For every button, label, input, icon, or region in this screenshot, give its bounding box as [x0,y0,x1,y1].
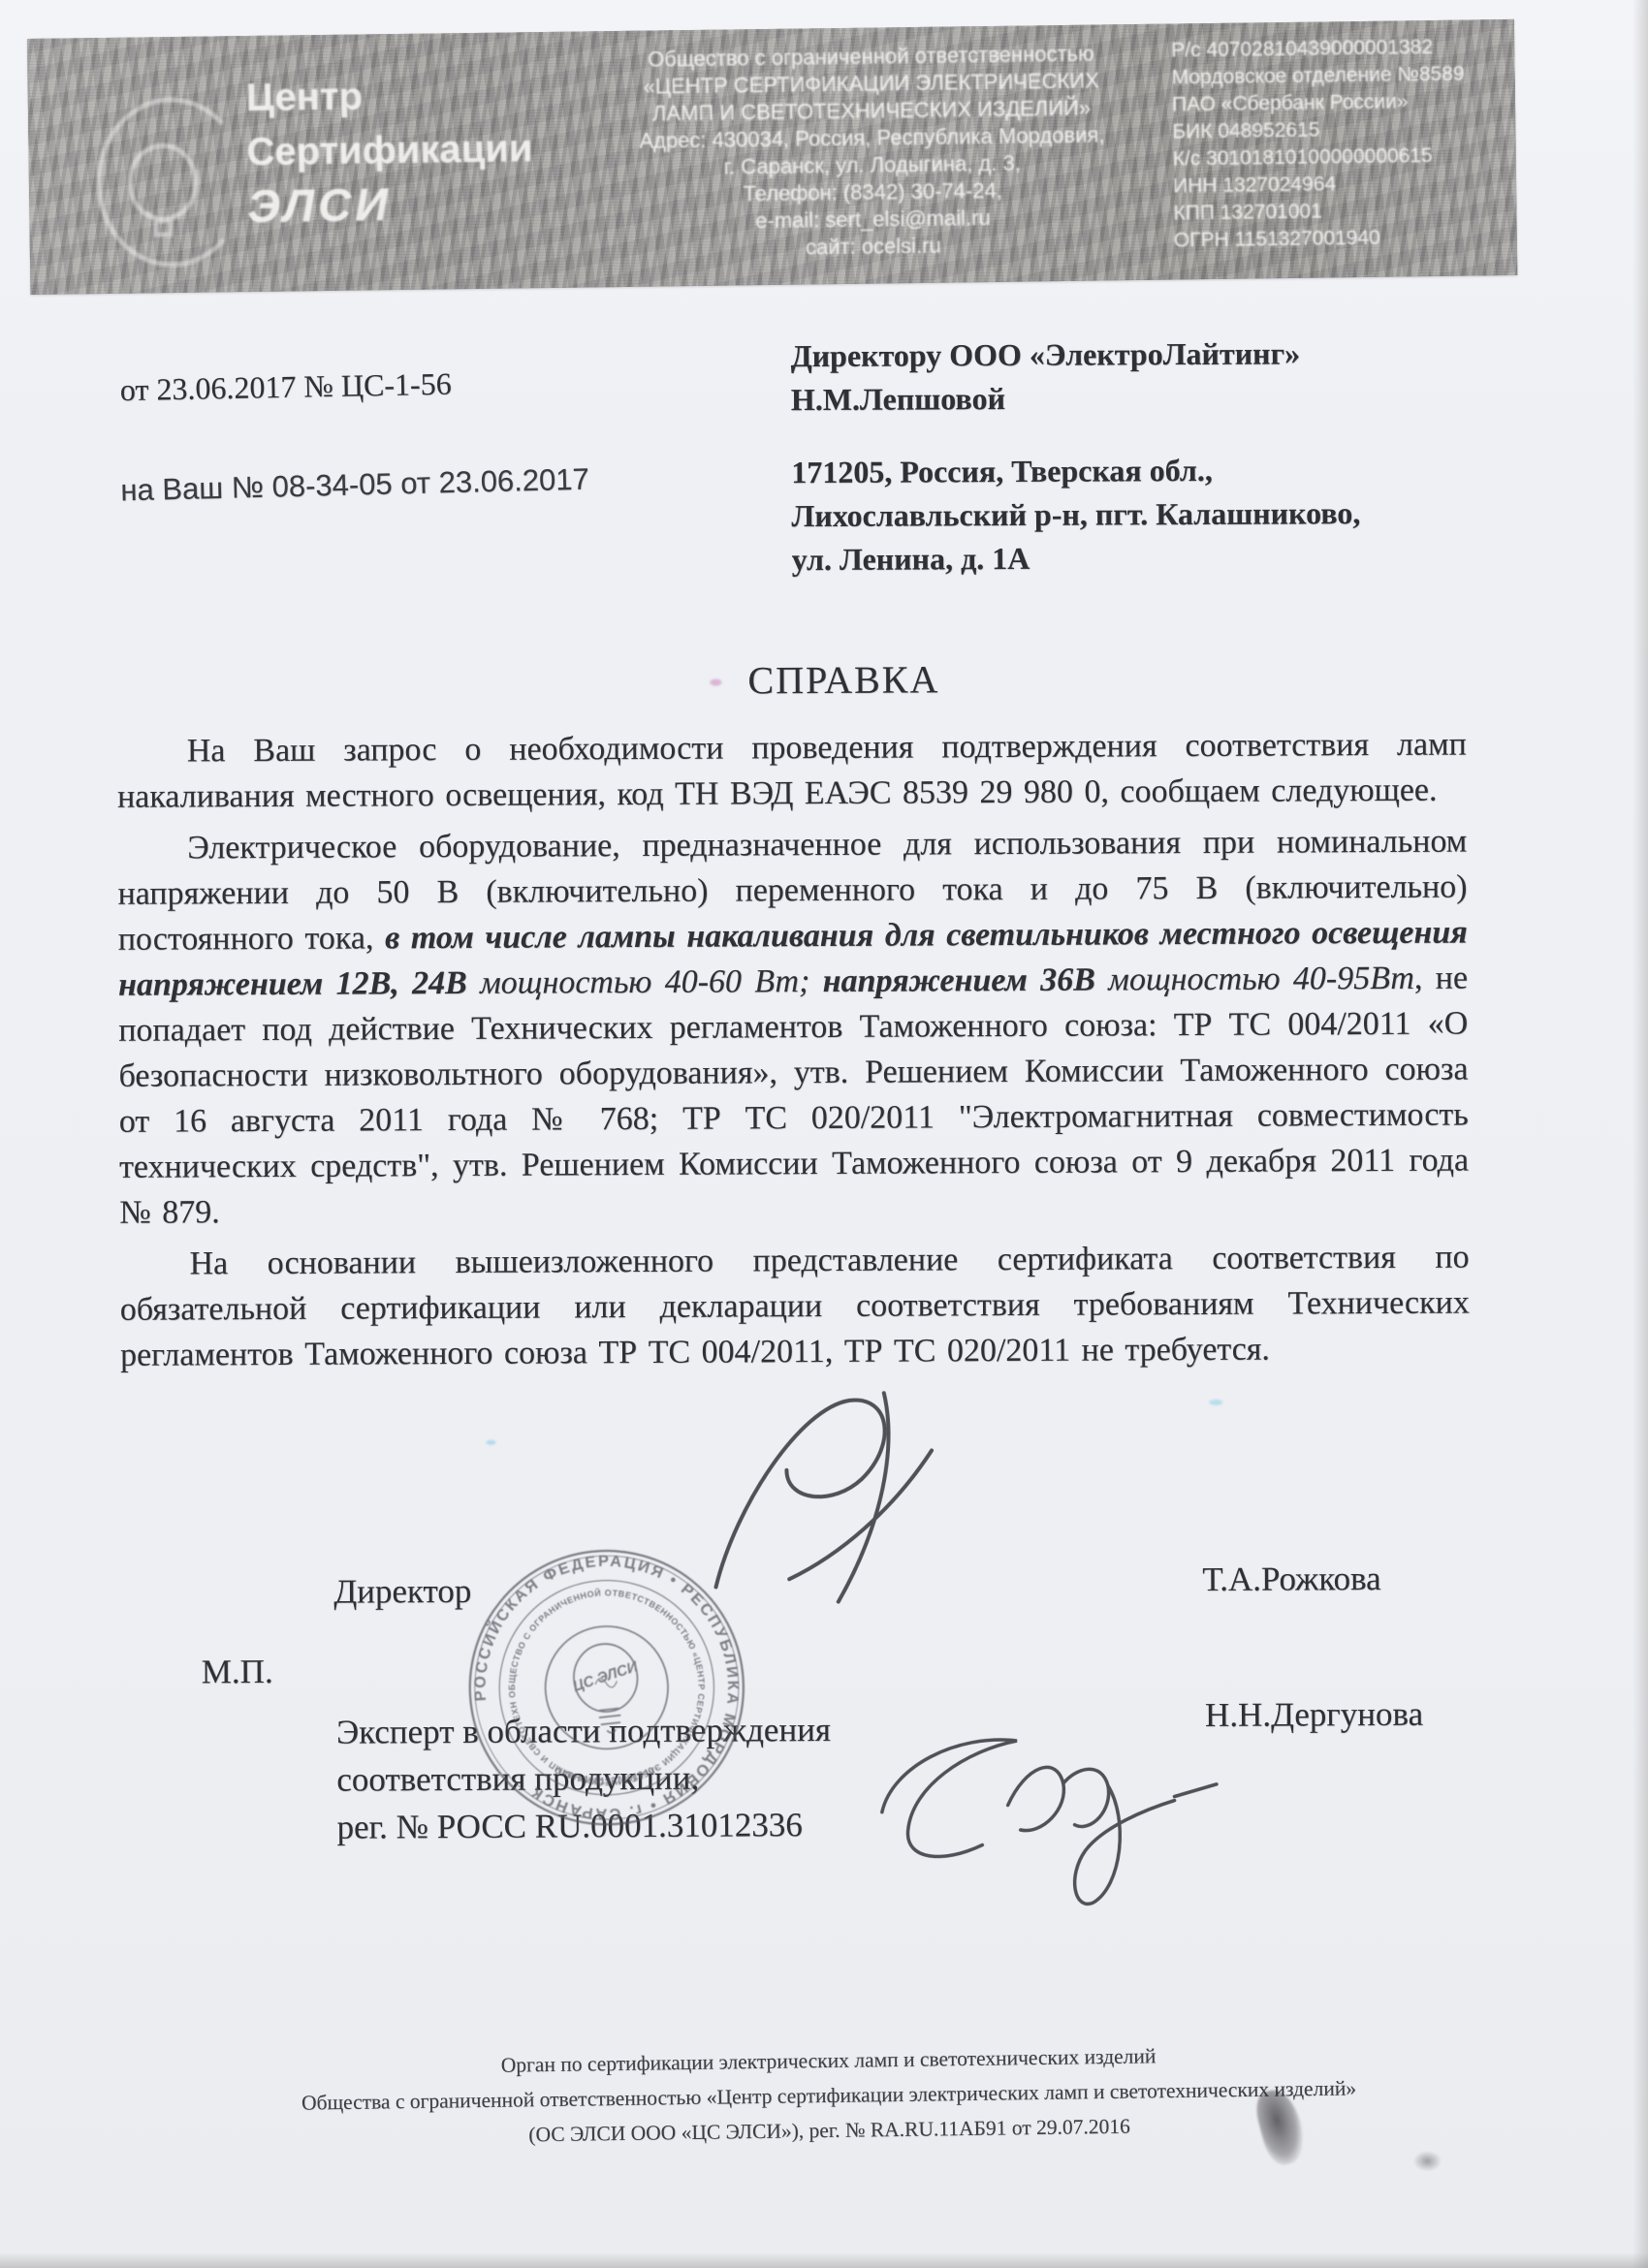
recipient-address-line: ул. Ленина, д. 1А [792,534,1490,582]
footer-block: Орган по сертификации электрических ламп… [4,2032,1648,2159]
paragraph-1: На Ваш запрос о необходимости проведения… [117,722,1467,820]
scanner-edge-shadow [1632,0,1648,2268]
expert-signature [850,1680,1247,1918]
scan-speck [486,1440,495,1445]
stamp-place-label: М.П. [202,1653,273,1691]
outgoing-reference: от 23.06.2017 № ЦС-1-56 [119,366,452,409]
paragraph-2-run-italic: мощностью 40-60 Вт; [467,963,823,1001]
letter-content: от 23.06.2017 № ЦС-1-56 на Ваш № 08-34-0… [0,0,1648,2268]
ink-smudge [1412,2151,1442,2172]
recipient-address: 171205, Россия, Тверская обл., Лихославл… [791,447,1490,582]
document-title: СПРАВКА [169,653,1518,706]
scanned-letter-page: Центр Сертификации ЭЛСИ Общество с огран… [0,0,1648,2268]
stamp-center-text: ЦС ЭЛСИ [571,1658,641,1695]
paragraph-2-run-italic: мощностью 40-95Вт [1095,961,1414,998]
incoming-reference: на Ваш № 08-34-05 от 23.06.2017 [120,462,589,509]
paragraph-2-run-bold-italic: напряжением 36В [823,962,1095,999]
recipient-address-line: 171205, Россия, Тверская обл., [791,447,1489,494]
director-signature [661,1366,948,1625]
paragraph-3: На основании вышеизложенного представлен… [119,1235,1470,1378]
scanner-edge-shadow [0,2252,1648,2268]
director-name: Т.А.Рожкова [1202,1559,1381,1599]
recipient-address-line: Лихославльский р-н, пгт. Калашниково, [791,490,1489,538]
recipient-line: Директору ООО «ЭлектроЛайтинг» [791,331,1489,378]
letter-body: На Ваш запрос о необходимости проведения… [117,722,1471,1384]
recipient-block: Директору ООО «ЭлектроЛайтинг» Н.М.Лепшо… [791,331,1490,582]
recipient-line: Н.М.Лепшовой [791,374,1489,422]
scan-speck [1209,1400,1222,1405]
paragraph-2: Электрическое оборудование, предназначен… [117,819,1469,1236]
scan-speck [710,679,721,686]
